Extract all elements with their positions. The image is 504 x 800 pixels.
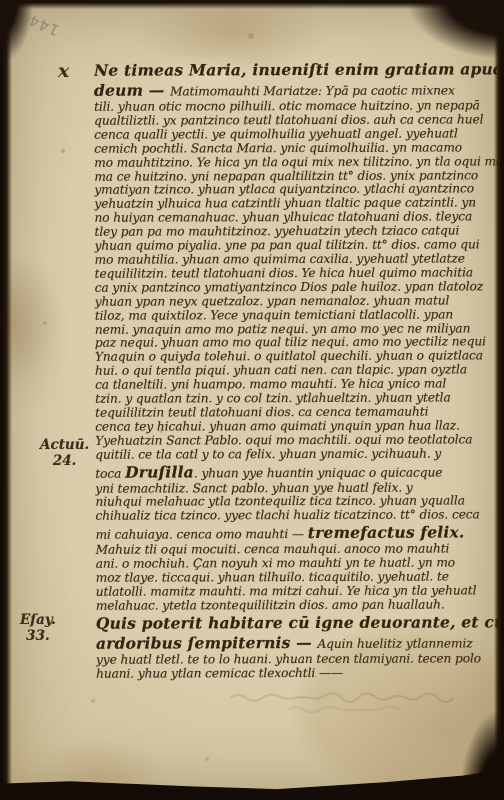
dark-corner-bottom-right <box>460 710 504 800</box>
manuscript-line: toca Druſilla. yhuan yye huantin yniquac… <box>95 461 499 482</box>
nahuatl-body-text: Ynaquin o quiyda tolehui. o quitlatol qu… <box>95 349 483 364</box>
dark-corner-top-left <box>0 0 34 64</box>
bleed-stroke <box>288 707 400 713</box>
latin-display-text: Ne timeas Maria, inueniſti enim gratiam … <box>94 59 500 79</box>
nahuatl-body-text: yni temachtiliz. Sanct pablo. yhuan yye … <box>95 480 412 495</box>
paragraph-mark: x <box>58 60 69 82</box>
nahuatl-body-text: ca ynix pantzinco ymatiyantzinco Dios pa… <box>95 279 483 294</box>
ink-bleed-through <box>228 688 490 718</box>
manuscript-line: deum — Matimomauhti Mariatze: Ypā pa cao… <box>94 79 498 100</box>
nahuatl-body-text: tequililitzin. teutl tlatohuani dios. Ye… <box>95 265 473 280</box>
nahuatl-body-text: niuhqui melahuac ytla tzontequiliz tica … <box>95 494 464 509</box>
nahuatl-body-text: Yyehuatzin Sanct Pablo. oqui mo machtili… <box>95 432 472 447</box>
nahuatl-body-text: yhuan ypan neyx quetzaloz. ypan nemanalo… <box>95 293 450 308</box>
nahuatl-body-text: yehuatzin ylhuica hua catzintli yhuan tl… <box>94 196 476 211</box>
nahuatl-body-text: Mahuiz tli oqui mocuiti. cenca mauhqui. … <box>96 542 450 557</box>
nahuatl-body-text: ma ce huitzino. yni nepapan qualtilitzin… <box>94 168 478 183</box>
manuscript-line: chihualiz tica tzinco. yyec tlachi huali… <box>95 509 499 524</box>
manuscript-line: mi cahuiaya. cenca omo mauhti — tremefac… <box>96 523 500 544</box>
latin-display-text: ardoribus ſempiternis — <box>96 633 318 653</box>
nahuatl-body-text: hui. o qui tentla piqui. yhuan cati nen.… <box>95 363 467 378</box>
latin-display-text: Quis poterit habitare cū igne deuorante,… <box>96 612 500 632</box>
nahuatl-body-text: cenca qualli yectli. ye quimolhuilia yye… <box>94 126 458 141</box>
manuscript-line: huani. yhua ytlan cemicac tlexochtli —— <box>96 666 500 681</box>
nahuatl-body-text: moz tlaye. ticcaqui. yhuan tilhuilo. tic… <box>96 570 449 585</box>
nahuatl-body-text: nemi. ynaquin amo mo patiz nequi. yn amo… <box>95 321 470 336</box>
nahuatl-body-text: yye huatl tletl. te to lo huani. yhuan t… <box>96 651 481 666</box>
dark-corner-top-right <box>409 0 504 58</box>
nahuatl-body-text: melahuac. ytetla tzontequililitzin dios.… <box>96 597 445 612</box>
nahuatl-body-text: paz nequi. yhuan amo mo qual tiliz nequi… <box>95 335 486 350</box>
page-edge-right <box>494 0 504 800</box>
nahuatl-body-text: utlatolli. mamitz mauhti. ma mitzi cahui… <box>96 583 477 598</box>
nahuatl-body-text: yhuan quimo piyalia. yne pa pan qual til… <box>95 237 480 252</box>
latin-display-text: deum — <box>94 80 170 99</box>
nahuatl-body-text: qualtiliztli. yx pantzinco teutl tlatohu… <box>94 112 483 127</box>
nahuatl-body-text: . yhuan yye huantin yniquac o quicacque <box>194 465 442 480</box>
margin-citation-book: Eſay. <box>20 612 56 628</box>
nahuatl-body-text: ani. o mochiuh. Çan noyuh xi mo mauhti y… <box>96 556 455 571</box>
nahuatl-body-text: ca tlaneltili. yni huampo. mamo mauhti. … <box>95 377 446 392</box>
binding-edge-left <box>0 0 12 800</box>
latin-display-text: Druſilla <box>125 462 194 481</box>
nahuatl-body-text: Aquin huelitiz ytlannemiz <box>317 636 472 651</box>
nahuatl-body-text: tili. yhuan otic mocno pilhuili. otic mo… <box>94 98 480 113</box>
nahuatl-body-text: tzin. y quatlan tzin. y co col tzin. ytl… <box>95 390 451 405</box>
nahuatl-body-text: tley pan pa mo mauhtitzinoz. yyehuatzin … <box>94 224 459 239</box>
manuscript-line: ardoribus ſempiternis — Aquin huelitiz y… <box>96 632 500 653</box>
nahuatl-body-text: quitili. ce tla catl y to ca felix. yhua… <box>95 446 441 461</box>
nahuatl-body-text: tiloz, ma quixtiloz. Yece ynaquin temict… <box>95 307 453 322</box>
latin-display-text: tremefactus felix. <box>308 523 465 543</box>
nahuatl-body-text: tequililitzin teutl tlatohuani dios. ca … <box>95 404 428 419</box>
nahuatl-body-text: no huiyan cemanahuac. yhuan ylhuicac tla… <box>94 210 472 225</box>
nahuatl-body-text: toca <box>95 466 125 480</box>
margin-citation-book: Actuū. <box>40 437 89 453</box>
margin-citation-isaiah: Eſay. 33. <box>20 612 56 644</box>
manuscript-line: melahuac. ytetla tzontequililitzin dios.… <box>96 598 500 613</box>
nahuatl-body-text: mo mauhtilia. yhuan amo quimima caxilia.… <box>95 251 465 266</box>
nahuatl-body-text: cemich pochtli. Sancta Maria. ynic quimo… <box>94 140 462 155</box>
nahuatl-body-text: ymatiyan tzinco. yhuan ytlaca quiyantzin… <box>94 182 474 197</box>
nahuatl-body-text: huani. yhua ytlan cemicac tlexochtli —— <box>96 666 343 681</box>
margin-citation-acts: Actuū. 24. <box>40 437 89 469</box>
nahuatl-body-text: mi cahuiaya. cenca omo mauhti — <box>96 527 308 542</box>
margin-citation-chapter: 33. <box>20 628 56 644</box>
margin-citation-chapter: 24. <box>40 453 89 469</box>
nahuatl-body-text: cenca tey hicahui. yhuan amo quimati ynq… <box>95 418 460 433</box>
bleed-stroke <box>230 693 454 702</box>
nahuatl-body-text: mo mauhtitzino. Ye hica yn tla oqui mix … <box>94 154 500 169</box>
nahuatl-body-text: Matimomauhti Mariatze: Ypā pa caotic mix… <box>170 83 455 98</box>
page-edge-bottom <box>0 766 504 800</box>
manuscript-line: Quis poterit habitare cū igne deuorante,… <box>96 612 500 633</box>
text-block: Ne timeas Maria, inueniſti enim gratiam … <box>94 59 500 681</box>
manuscript-line: Ne timeas Maria, inueniſti enim gratiam … <box>94 59 498 80</box>
manuscript-line: quitili. ce tla catl y to ca felix. yhua… <box>95 447 499 462</box>
nahuatl-body-text: chihualiz tica tzinco. yyec tlachi huali… <box>95 508 479 523</box>
manuscript-scan-page: 144 x Ne timeas Maria, inueniſti enim gr… <box>0 0 504 800</box>
